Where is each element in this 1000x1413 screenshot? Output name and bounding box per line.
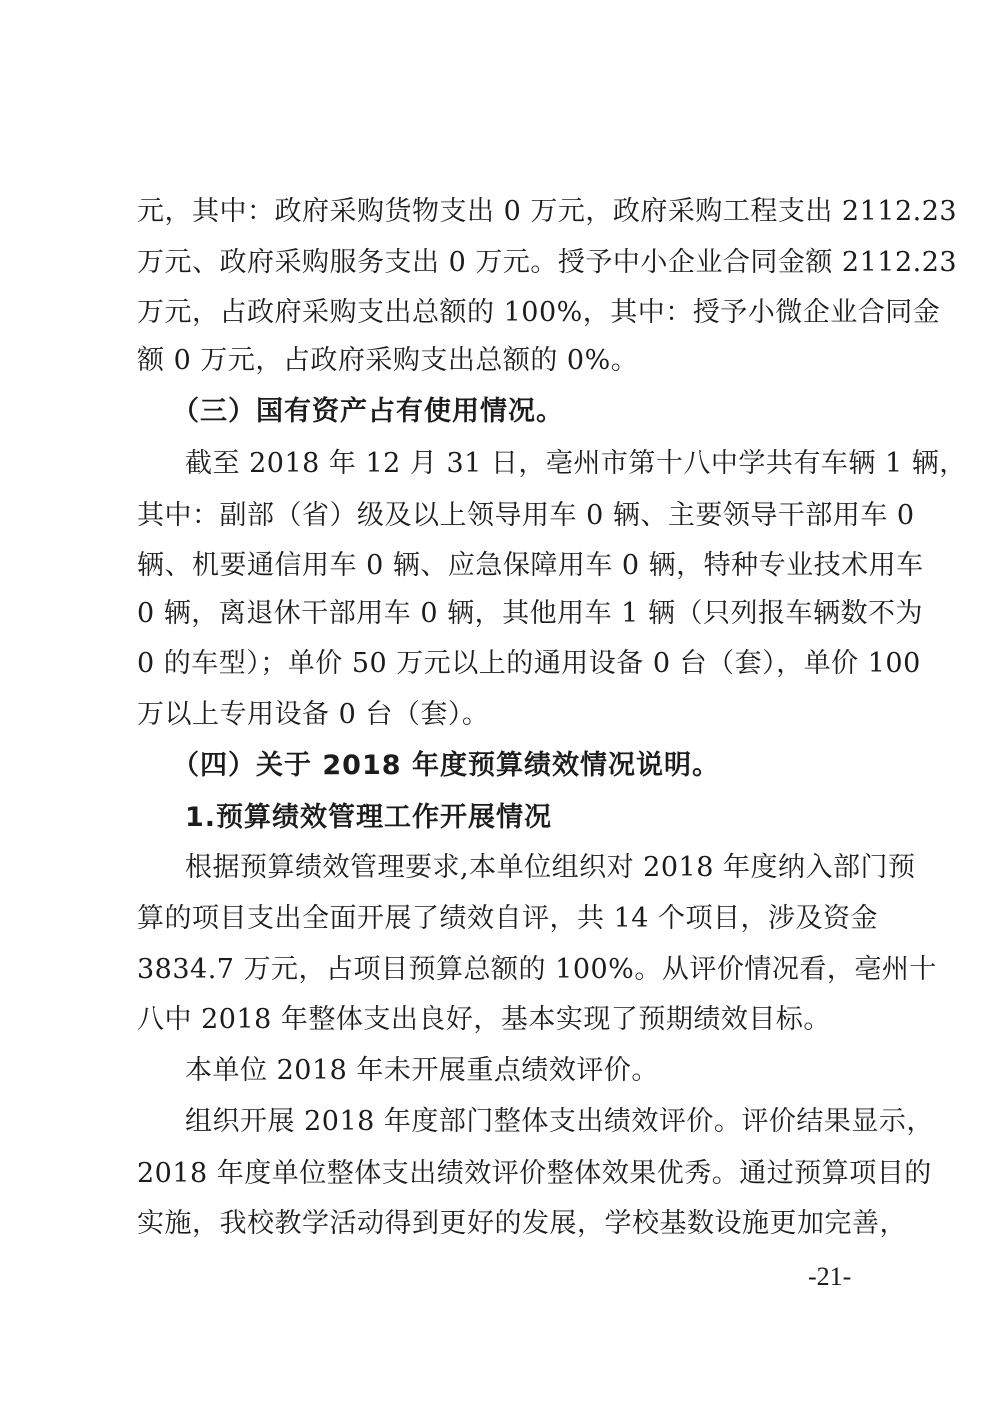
paragraph-line: 万元，占政府采购支出总额的 100%，其中：授予小微企业合同金 — [137, 296, 873, 330]
paragraph-line: 万元、政府采购服务支出 0 万元。授予中小企业合同金额 2112.23 — [137, 246, 873, 280]
paragraph-line: 根据预算绩效管理要求,本单位组织对 2018 年度纳入部门预 — [185, 851, 873, 885]
section-heading-performance: （四）关于 2018 年度预算绩效情况说明。 — [172, 749, 860, 783]
paragraph-line: 3834.7 万元，占项目预算总额的 100%。从评价情况看，亳州十 — [137, 953, 873, 987]
paragraph-line: 万以上专用设备 0 台（套）。 — [137, 698, 873, 732]
paragraph-line: 八中 2018 年整体支出良好，基本实现了预期绩效目标。 — [137, 1003, 873, 1037]
paragraph-line: 元，其中：政府采购货物支出 0 万元，政府采购工程支出 2112.23 — [137, 195, 873, 229]
paragraph-line: 额 0 万元，占政府采购支出总额的 0%。 — [137, 344, 873, 378]
paragraph-line: 算的项目支出全面开展了绩效自评，共 14 个项目，涉及资金 — [137, 902, 873, 936]
paragraph-line: 2018 年度单位整体支出绩效评价整体效果优秀。通过预算项目的 — [137, 1157, 873, 1191]
paragraph-line: 实施，我校教学活动得到更好的发展，学校基数设施更加完善， — [137, 1207, 873, 1241]
section-heading-assets: （三）国有资产占有使用情况。 — [172, 395, 860, 429]
paragraph-line: 截至 2018 年 12 月 31 日，亳州市第十八中学共有车辆 1 辆， — [185, 447, 873, 481]
paragraph-line: 0 辆，离退休干部用车 0 辆，其他用车 1 辆（只列报车辆数不为 — [137, 597, 873, 631]
paragraph-line: 0 的车型）；单价 50 万元以上的通用设备 0 台（套），单价 100 — [137, 647, 873, 681]
paragraph-line: 其中：副部（省）级及以上领导用车 0 辆、主要领导干部用车 0 — [137, 499, 873, 533]
document-page: 元，其中：政府采购货物支出 0 万元，政府采购工程支出 2112.23 万元、政… — [0, 0, 1000, 1413]
paragraph-line: 组织开展 2018 年度部门整体支出绩效评价。评价结果显示， — [185, 1105, 873, 1139]
page-number: -21- — [808, 1260, 851, 1294]
paragraph-line: 本单位 2018 年未开展重点绩效评价。 — [185, 1054, 873, 1088]
paragraph-line: 辆、机要通信用车 0 辆、应急保障用车 0 辆，特种专业技术用车 — [137, 549, 873, 583]
subsection-heading: 1.预算绩效管理工作开展情况 — [185, 801, 873, 835]
